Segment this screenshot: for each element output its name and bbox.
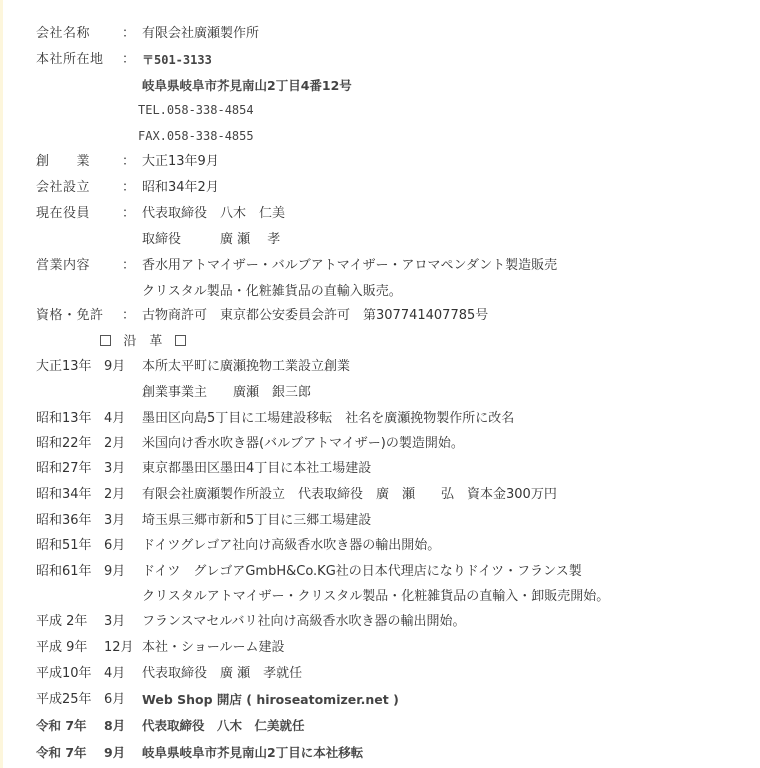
history-event: 墨田区向島5丁目に工場建設移転 社名を廣瀬挽物製作所に改名: [142, 408, 514, 430]
history-era: 昭和27年: [36, 458, 92, 480]
history-month: 3月: [104, 510, 125, 532]
history-event: 本所太平町に廣瀬挽物工業設立創業: [142, 356, 350, 378]
history-month: 6月: [104, 689, 125, 711]
history-era: 昭和34年: [36, 484, 92, 506]
history-era: 昭和22年: [36, 433, 92, 455]
history-era: 平成10年: [36, 663, 92, 685]
history-event: 代表取締役 八木 仁美就任: [142, 715, 305, 737]
history-title-text: 沿 革: [123, 334, 162, 349]
info-value: 代表取締役 八木 仁美: [142, 203, 285, 225]
info-colon: ：: [122, 23, 135, 45]
info-label: 会社設立: [36, 177, 90, 199]
history-month: 3月: [104, 458, 125, 480]
info-value: 香水用アトマイザー・バルブアトマイザー・アロマペンダント製造販売: [142, 255, 557, 277]
history-era: 平成25年: [36, 689, 92, 711]
history-event: 代表取締役 廣 瀬 孝就任: [142, 663, 302, 685]
history-month: 4月: [104, 663, 125, 685]
info-label: 資格・免許: [36, 305, 104, 327]
history-event: 岐阜県岐阜市芥見南山2丁目に本社移転: [142, 742, 363, 764]
history-era: 平成 2年: [36, 611, 87, 633]
postal-code: 〒501-3133: [142, 49, 212, 71]
history-era: 昭和36年: [36, 510, 92, 532]
info-colon: ：: [122, 49, 135, 71]
info-label: 創 業: [36, 151, 90, 173]
info-label: 会社名称: [36, 23, 90, 45]
info-colon: ：: [122, 203, 135, 225]
tel-number: TEL.058-338-4854: [138, 99, 254, 121]
history-month: 4月: [104, 408, 125, 430]
square-bullet-icon: [100, 335, 111, 346]
info-colon: ：: [122, 177, 135, 199]
history-era: 令和 7年: [36, 715, 87, 737]
info-value: 昭和34年2月: [142, 177, 219, 199]
info-colon: ：: [122, 151, 135, 173]
history-era: 大正13年: [36, 356, 92, 378]
history-era: 令和 7年: [36, 742, 87, 764]
info-label: 本社所在地: [36, 49, 104, 71]
info-value: 取締役 廣 瀬 孝: [142, 229, 280, 251]
info-label: 現在役員: [36, 203, 90, 225]
history-month: 8月: [104, 715, 125, 737]
history-event: ドイツグレゴア社向け高級香水吹き器の輸出開始。: [142, 535, 440, 557]
square-bullet-icon: [175, 335, 186, 346]
info-value: 有限会社廣瀬製作所: [142, 23, 259, 45]
history-event: 東京都墨田区墨田4丁目に本社工場建設: [142, 458, 371, 480]
history-event: 本社・ショールーム建設: [142, 637, 284, 659]
info-colon: ：: [122, 305, 135, 327]
history-era: 昭和51年: [36, 535, 92, 557]
history-event: 創業事業主 廣瀬 銀三郎: [142, 382, 311, 404]
history-era: 昭和13年: [36, 408, 92, 430]
history-month: 3月: [104, 611, 125, 633]
history-event: 埼玉県三郷市新和5丁目に三郷工場建設: [142, 510, 371, 532]
history-month: 9月: [104, 742, 125, 764]
info-value: クリスタル製品・化粧雑貨品の直輸入販売。: [142, 281, 402, 303]
address-line: 岐阜県岐阜市芥見南山2丁目4番12号: [142, 75, 352, 97]
history-month: 2月: [104, 484, 125, 506]
history-event: 米国向け香水吹き器(バルブアトマイザー)の製造開始。: [142, 433, 464, 455]
history-era: 昭和61年: [36, 561, 92, 583]
page-left-border: [0, 0, 3, 768]
info-value: 古物商許可 東京都公安委員会許可 第307741407785号: [142, 305, 488, 327]
history-month: 12月: [104, 637, 134, 659]
history-event: フランスマセルバリ社向け高級香水吹き器の輸出開始。: [142, 611, 465, 633]
history-month: 6月: [104, 535, 125, 557]
history-event-webshop: Web Shop 開店 ( hiroseatomizer.net ): [142, 689, 399, 711]
history-event: クリスタルアトマイザー・クリスタル製品・化粧雑貨品の直輸入・卸販売開始。: [142, 586, 609, 608]
info-value: 大正13年9月: [142, 151, 219, 173]
history-month: 2月: [104, 433, 125, 455]
history-event: ドイツ グレゴアGmbH&Co.KG社の日本代理店になりドイツ・フランス製: [142, 561, 582, 583]
info-colon: ：: [122, 255, 135, 277]
info-label: 営業内容: [36, 255, 90, 277]
history-title: 沿 革: [100, 331, 186, 353]
history-month: 9月: [104, 561, 125, 583]
history-era: 平成 9年: [36, 637, 87, 659]
history-month: 9月: [104, 356, 125, 378]
fax-number: FAX.058-338-4855: [138, 125, 254, 147]
history-event: 有限会社廣瀬製作所設立 代表取締役 廣 瀬 弘 資本金300万円: [142, 484, 557, 506]
